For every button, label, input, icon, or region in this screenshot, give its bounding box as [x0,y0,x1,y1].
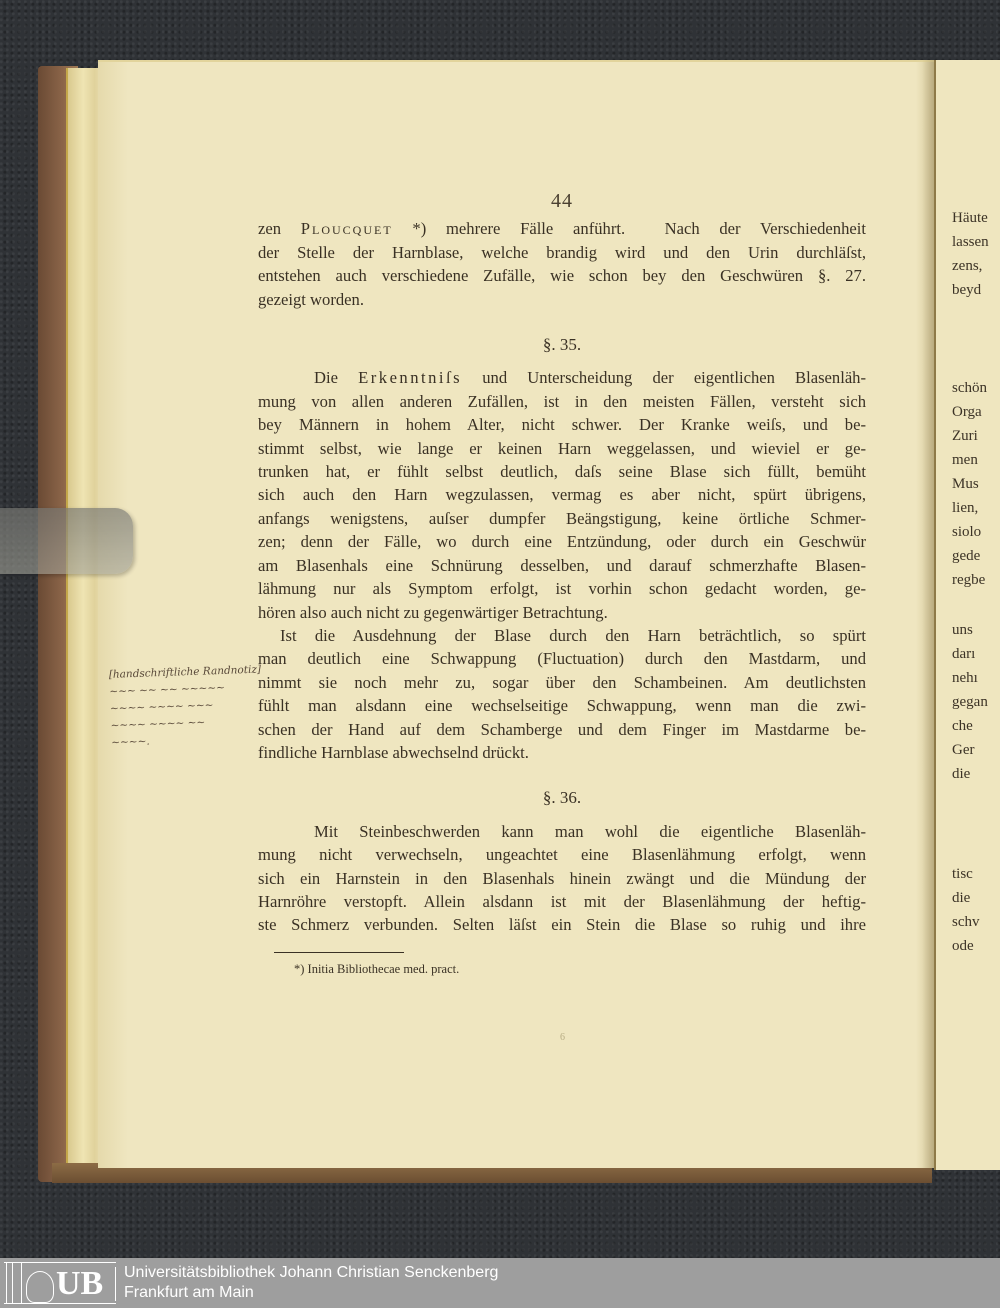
text-line: der Stelle der Harnblase, welche brandig… [258,241,866,264]
facing-page-fragment: siolo [952,524,981,541]
logo-pillars-icon [6,1263,22,1303]
text-line: fühlt man alsdann eine wechselseitige Sc… [258,694,866,717]
logo-portrait-icon [26,1271,54,1303]
facing-page-fragment: die [952,766,970,783]
facing-page-fragment: darı [952,646,975,663]
text-line: sich ein Harnstein in den Blasenhals hin… [258,867,866,890]
footnote: *) Initia Bibliothecae med. pract. [294,962,459,977]
facing-page-fragment: men [952,452,978,469]
page-clip [0,508,133,574]
author-name: Ploucquet [301,219,393,238]
facing-page-fragment: die [952,890,970,907]
facing-page-fragment: zens, [952,258,982,275]
facing-page-fragment: gede [952,548,980,565]
institution-name: Universitätsbibliothek Johann Christian … [124,1264,498,1282]
text-line: mung nicht verwechseln, ungeachtet eine … [258,843,866,866]
text-line: gezeigt worden. [258,288,866,311]
facing-page-fragment: Orga [952,404,982,421]
text-line: findliche Harnblase abwechselnd drückt. [258,741,866,764]
facing-page-fragment: ode [952,938,974,955]
facing-page-fragment: Ger [952,742,975,759]
text-line: entstehen auch verschiedene Zufälle, wie… [258,264,866,287]
footnote-rule [274,952,404,953]
page-mark: 6 [560,1032,565,1043]
text-line: stimmt selbst, wie lange er keinen Harn … [258,437,866,460]
facing-page-fragment: gegan [952,694,988,711]
text-line: trunken hat, er fühlt selbst deutlich, d… [258,460,866,483]
text-line: bey Männern in hohem Alter, nicht schwer… [258,413,866,436]
section-35-paragraph-2: Ist die Ausdehnung der Blase durch den H… [258,624,866,764]
facing-page-fragment: regbe [952,572,985,589]
text-line: sich auch den Harn wegzulassen, vermag e… [258,483,866,506]
facing-page: Häutelassenzens,beydschönOrgaZurimenMusl… [934,60,1000,1170]
text-line: Ist die Ausdehnung der Blase durch den H… [258,624,866,647]
text-line: Die Erkenntniſs und Unterscheidung der e… [258,366,866,389]
text-line: man deutlich eine Schwappung (Fluctuatio… [258,647,866,670]
text-line: zen; denn der Fälle, wo durch eine Entzü… [258,530,866,553]
intro-paragraph: zen Ploucquet *) mehrere Fälle anführt. … [258,217,866,311]
section-heading-36: §. 36. [258,786,866,809]
text-line: Mit Steinbeschwerden kann man wohl die e… [258,820,866,843]
facing-page-fragment: nehı [952,670,978,687]
book-scan: Häutelassenzens,beydschönOrgaZurimenMusl… [0,0,1000,1250]
logo-text: UB [56,1266,103,1302]
text-line: lähmung nur als Symptom erfolgt, ist vor… [258,577,866,600]
text-line: mung von allen anderen Zufällen, ist in … [258,390,866,413]
text-line: Harnröhre verstopft. Allein alsdann ist … [258,890,866,913]
facing-page-fragment: beyd [952,282,981,299]
facing-page-fragment: uns [952,622,973,639]
text-line: zen Ploucquet *) mehrere Fälle anführt. … [258,217,866,240]
handwritten-margin-note: [handschriftliche Randnotiz] ~~~ ~~ ~~ ~… [109,661,277,752]
text-line: hören also auch nicht zu gegenwärtiger B… [258,601,866,624]
facing-page-fragment: schv [952,914,980,931]
page-text: 44 zen Ploucquet *) mehrere Fälle anführ… [258,190,866,937]
text-line: nimmt sie noch mehr zu, sogar über den S… [258,671,866,694]
ub-logo[interactable]: UB [4,1262,116,1304]
facing-page-fragment: tisc [952,866,973,883]
facing-page-fragment: Mus [952,476,979,493]
section-35-paragraph-1: Die Erkenntniſs und Unterscheidung der e… [258,366,866,623]
facing-page-fragment: Häute [952,210,988,227]
text-line: ste Schmerz verbunden. Selten läſst ein … [258,913,866,936]
section-heading-35: §. 35. [258,333,866,356]
facing-page-fragment: schön [952,380,987,397]
facing-page-fragment: lassen [952,234,989,251]
logo-divider [115,1267,116,1301]
library-footer: UB Universitätsbibliothek Johann Christi… [0,1258,1000,1308]
facing-page-fragment: che [952,718,973,735]
institution-location: Frankfurt am Main [124,1284,254,1302]
section-36-paragraph-1: Mit Steinbeschwerden kann man wohl die e… [258,820,866,937]
text-line: am Blasenhals eine Schnürung desselben, … [258,554,866,577]
text-line: anfangs wenigstens, auſser dumpfer Beäng… [258,507,866,530]
facing-page-fragment: Zuri [952,428,978,445]
emphasized-term: Erkenntniſs [358,368,462,387]
facing-page-fragment: lien, [952,500,978,517]
page-number: 44 [258,190,866,213]
text-line: schen der Hand auf dem Schamberge und de… [258,718,866,741]
